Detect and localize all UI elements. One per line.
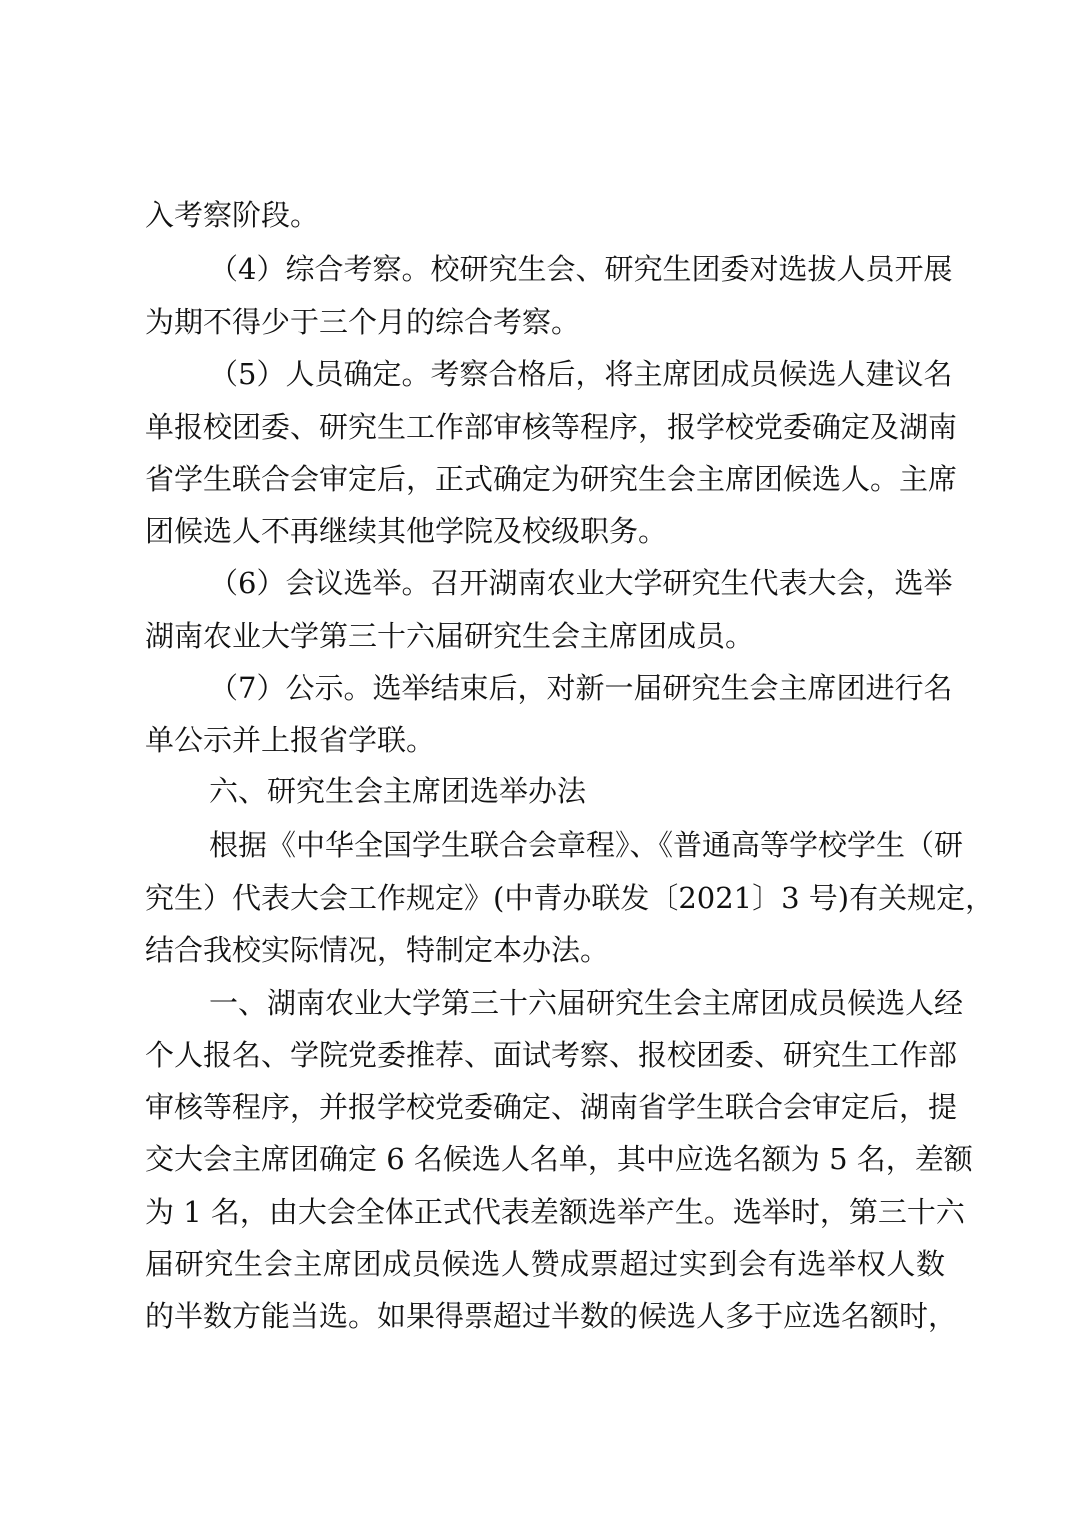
paragraph-line: 单报校团委、研究生工作部审核等程序，报学校党委确定及湖南: [145, 409, 945, 445]
paragraph-line: 单公示并上报省学联。: [145, 722, 945, 758]
paragraph-line: 个人报名、学院党委推荐、面试考察、报校团委、研究生工作部: [145, 1037, 945, 1073]
paragraph-line: 交大会主席团确定 6 名候选人名单，其中应选名额为 5 名，差额: [145, 1141, 945, 1177]
paragraph-line: 湖南农业大学第三十六届研究生会主席团成员。: [145, 618, 945, 654]
paragraph-line: （5）人员确定。考察合格后，将主席团成员候选人建议名: [209, 356, 945, 392]
paragraph-line: 究生）代表大会工作规定》(中青办联发〔2021〕3 号)有关规定，: [145, 880, 945, 916]
paragraph-line: （6）会议选举。召开湖南农业大学研究生代表大会，选举: [209, 565, 945, 601]
paragraph-line: 结合我校实际情况，特制定本办法。: [145, 932, 945, 968]
paragraph-line: 审核等程序，并报学校党委确定、湖南省学生联合会审定后，提: [145, 1089, 945, 1125]
paragraph-line: （7）公示。选举结束后，对新一届研究生会主席团进行名: [209, 670, 945, 706]
paragraph-line: 根据《中华全国学生联合会章程》、《普通高等学校学生（研: [209, 827, 945, 863]
paragraph-line: （4）综合考察。校研究生会、研究生团委对选拔人员开展: [209, 251, 945, 287]
paragraph-line: 为期不得少于三个月的综合考察。: [145, 304, 945, 340]
paragraph-line: 的半数方能当选。如果得票超过半数的候选人多于应选名额时，: [145, 1298, 945, 1334]
paragraph-line: 为 1 名，由大会全体正式代表差额选举产生。选举时，第三十六: [145, 1194, 945, 1230]
paragraph-line: 团候选人不再继续其他学院及校级职务。: [145, 513, 945, 549]
paragraph-line: 届研究生会主席团成员候选人赞成票超过实到会有选举权人数: [145, 1246, 945, 1282]
section-heading: 六、研究生会主席团选举办法: [209, 773, 586, 809]
paragraph-line: 一、湖南农业大学第三十六届研究生会主席团成员候选人经: [209, 985, 945, 1021]
document-page: 入考察阶段。 （4）综合考察。校研究生会、研究生团委对选拔人员开展 为期不得少于…: [0, 0, 1074, 1520]
paragraph-line: 省学生联合会审定后，正式确定为研究生会主席团候选人。主席: [145, 461, 945, 497]
paragraph-line: 入考察阶段。: [145, 197, 945, 233]
